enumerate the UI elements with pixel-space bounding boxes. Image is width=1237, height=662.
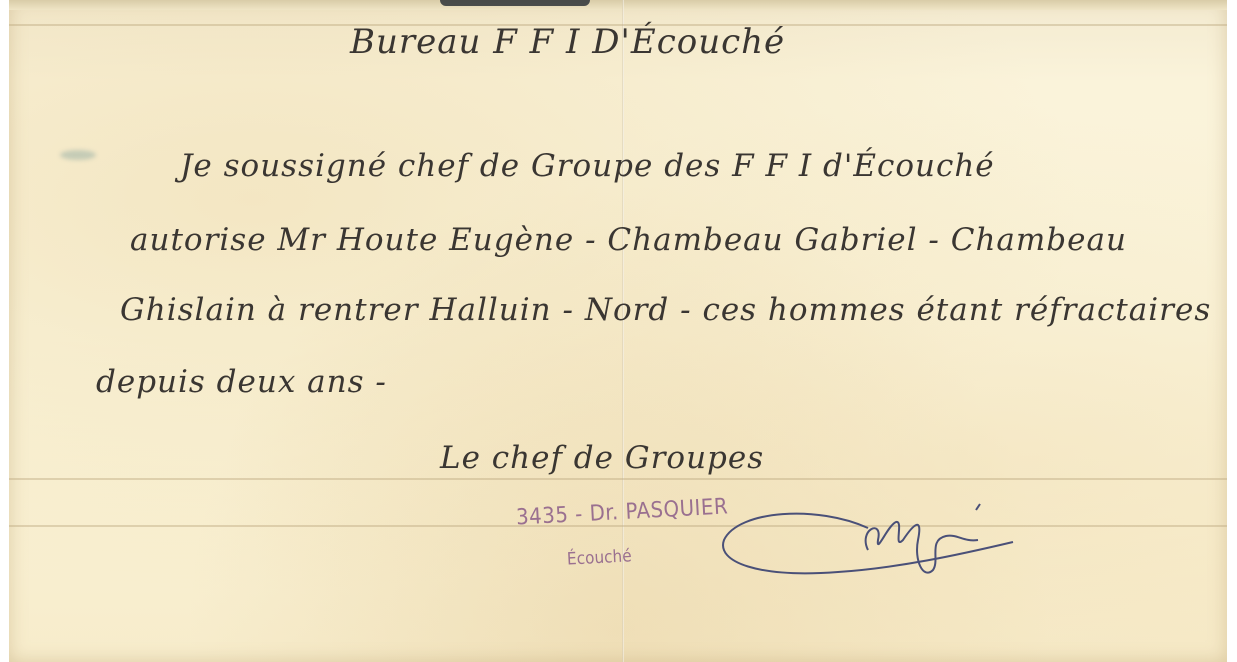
body-line-4: depuis deux ans - bbox=[96, 364, 387, 400]
top-stain bbox=[440, 0, 590, 6]
horizontal-fold-crease bbox=[9, 525, 1227, 527]
document-title: Bureau F F I D'Écouché bbox=[350, 22, 785, 62]
stamp-town: Écouché bbox=[567, 546, 633, 569]
body-line-2: autorise Mr Houte Eugène - Chambeau Gabr… bbox=[130, 222, 1127, 258]
body-line-3: Ghislain à rentrer Halluin - Nord - ces … bbox=[120, 292, 1211, 328]
signature-icon bbox=[718, 500, 1018, 590]
horizontal-fold-crease bbox=[9, 478, 1227, 480]
paper-top-edge bbox=[9, 0, 1227, 10]
closing-signature-title: Le chef de Groupes bbox=[440, 440, 764, 476]
body-line-1: Je soussigné chef de Groupe des F F I d'… bbox=[180, 148, 995, 184]
ink-stain bbox=[60, 150, 96, 160]
